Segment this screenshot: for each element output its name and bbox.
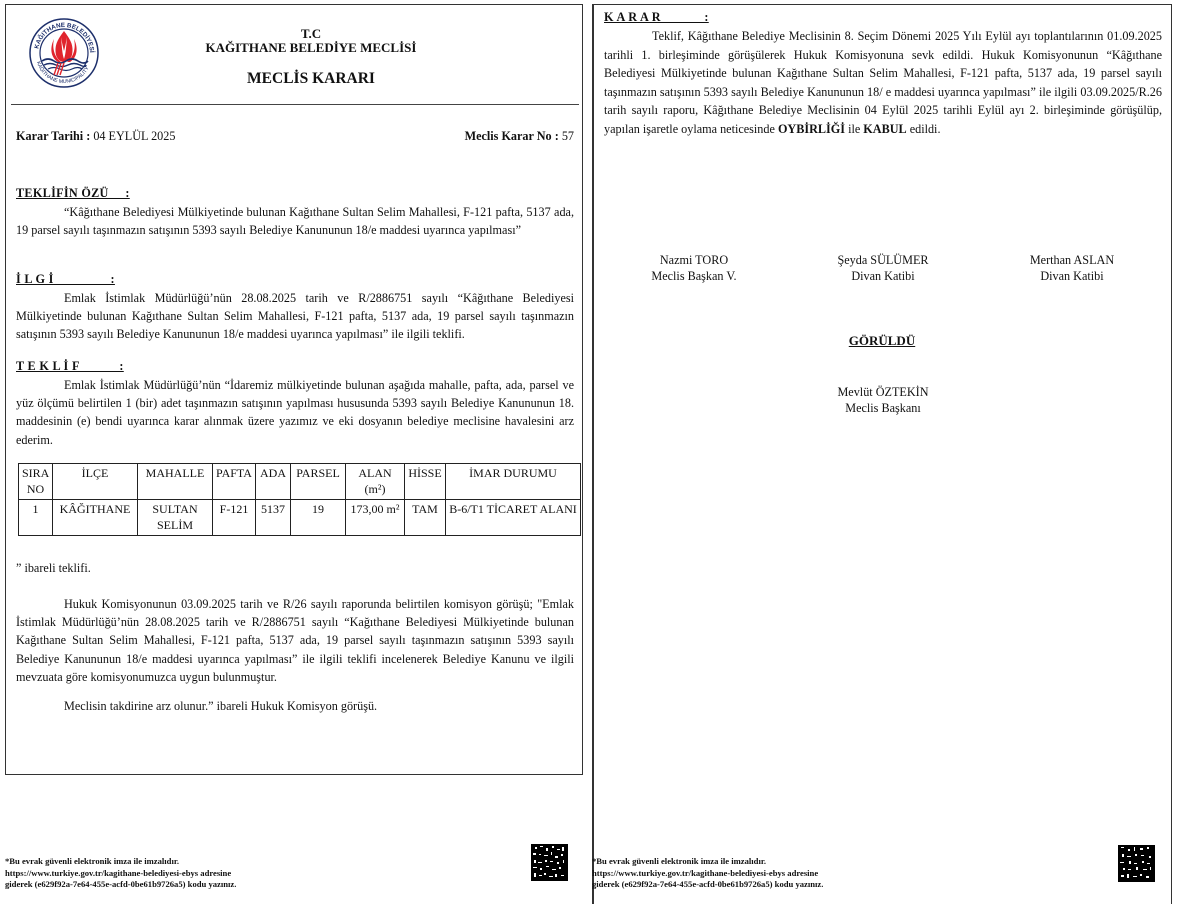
document-title: MECLİS KARARI [106, 70, 516, 88]
property-table: SIRA NO İLÇE MAHALLE PAFTA ADA PARSEL AL… [18, 463, 581, 536]
karar-text: Teklif, Kâğıthane Belediye Meclisinin 8.… [604, 27, 1162, 138]
col-imar-durumu: İMAR DURUMU [446, 464, 581, 500]
decision-date: Karar Tarihi : 04 EYLÜL 2025 [16, 129, 175, 144]
signatory-name: Nazmi TORO [604, 253, 784, 269]
municipality-logo-icon: KAĞITHANE BELEDİYESİ KAĞITHANE MUNICIPAL… [28, 17, 100, 89]
cell-imar-durumu: B-6/T1 TİCARET ALANI [446, 500, 581, 536]
col-sira-no: SIRA NO [19, 464, 53, 500]
signatory-name: Merthan ASLAN [982, 253, 1162, 269]
teklif-text: Emlak İstimlak Müdürlüğü’nün “İdaremiz m… [16, 376, 574, 449]
table-row: 1 KÂĞITHANE SULTAN SELİM F-121 5137 19 1… [19, 500, 581, 536]
decision-number-label: Meclis Karar No : [465, 129, 559, 143]
col-ada: ADA [256, 464, 291, 500]
signature-block-2: Şeyda SÜLÜMER Divan Katibi [793, 253, 973, 284]
section-title-ilgi: İ L G İ : [16, 272, 115, 287]
col-mahalle: MAHALLE [138, 464, 213, 500]
decision-date-value: 04 EYLÜL 2025 [90, 129, 175, 143]
decision-meta: Karar Tarihi : 04 EYLÜL 2025 Meclis Kara… [16, 129, 574, 144]
decision-page-2: K A R A R : Teklif, Kâğıthane Belediye M… [592, 4, 1172, 904]
signatory-title: Divan Katibi [982, 269, 1162, 285]
cell-mahalle: SULTAN SELİM [138, 500, 213, 536]
e-signature-notice-1: *Bu evrak güvenli elektronik imza ile im… [5, 856, 236, 891]
decision-number: Meclis Karar No : 57 [465, 129, 574, 144]
property-table-header: SIRA NO İLÇE MAHALLE PAFTA ADA PARSEL AL… [19, 464, 581, 500]
section-title-karar: K A R A R : [604, 10, 709, 25]
footer-line-1: *Bu evrak güvenli elektronik imza ile im… [5, 856, 236, 868]
mayor-signature-block: Mevlüt ÖZTEKİN Meclis Başkanı [793, 385, 973, 416]
vote-result: OYBİRLİĞİ [778, 122, 845, 136]
footer-line-1: *Bu evrak güvenli elektronik imza ile im… [592, 856, 823, 868]
mayor-title: Meclis Başkanı [793, 401, 973, 417]
signatory-title: Divan Katibi [793, 269, 973, 285]
footer-link-1[interactable]: https://www.turkiye.gov.tr/kagithane-bel… [5, 868, 236, 880]
col-pafta: PAFTA [213, 464, 256, 500]
seen-label: GÖRÜLDÜ [594, 333, 1170, 349]
col-hisse: HİSSE [405, 464, 446, 500]
cell-sira-no: 1 [19, 500, 53, 536]
cell-ilce: KÂĞITHANE [53, 500, 138, 536]
decision-page-1: KAĞITHANE BELEDİYESİ KAĞITHANE MUNICIPAL… [5, 4, 583, 775]
signatory-name: Şeyda SÜLÜMER [793, 253, 973, 269]
col-parsel: PARSEL [291, 464, 346, 500]
commission-closing-text: Meclisin takdirine arz olunur.” ibareli … [16, 697, 574, 715]
decision-result: KABUL [863, 122, 906, 136]
decision-number-value: 57 [559, 129, 574, 143]
section-title-teklifin-ozu: TEKLİFİN ÖZÜ : [16, 186, 130, 201]
cell-pafta: F-121 [213, 500, 256, 536]
col-alan: ALAN (m²) [346, 464, 405, 500]
footer-line-3: giderek (e629f92a-7e64-455e-acfd-0be61b9… [5, 879, 236, 891]
cell-parsel: 19 [291, 500, 346, 536]
header-divider [11, 104, 579, 105]
teklifin-ozu-text: “Kâğıthane Belediyesi Mülkiyetinde bulun… [16, 203, 574, 239]
organization-name: KAĞITHANE BELEDİYE MECLİSİ [106, 40, 516, 56]
ilgi-text: Emlak İstimlak Müdürlüğü’nün 28.08.2025 … [16, 289, 574, 344]
cell-hisse: TAM [405, 500, 446, 536]
after-table-text: ” ibareli teklifi. [16, 559, 574, 577]
footer-line-3: giderek (e629f92a-7e64-455e-acfd-0be61b9… [592, 879, 823, 891]
cell-alan: 173,00 m² [346, 500, 405, 536]
decision-date-label: Karar Tarihi : [16, 129, 90, 143]
mayor-name: Mevlüt ÖZTEKİN [793, 385, 973, 401]
cell-ada: 5137 [256, 500, 291, 536]
col-ilce: İLÇE [53, 464, 138, 500]
commission-opinion-text: Hukuk Komisyonunun 03.09.2025 tarih ve R… [16, 595, 574, 686]
signature-block-1: Nazmi TORO Meclis Başkan V. [604, 253, 784, 284]
qr-code-icon [1118, 845, 1155, 882]
signature-block-3: Merthan ASLAN Divan Katibi [982, 253, 1162, 284]
signatory-title: Meclis Başkan V. [604, 269, 784, 285]
e-signature-notice-2: *Bu evrak güvenli elektronik imza ile im… [592, 856, 823, 891]
qr-code-icon [531, 844, 568, 881]
footer-link-2[interactable]: https://www.turkiye.gov.tr/kagithane-bel… [592, 868, 823, 880]
section-title-teklif: T E K L İ F : [16, 359, 124, 374]
